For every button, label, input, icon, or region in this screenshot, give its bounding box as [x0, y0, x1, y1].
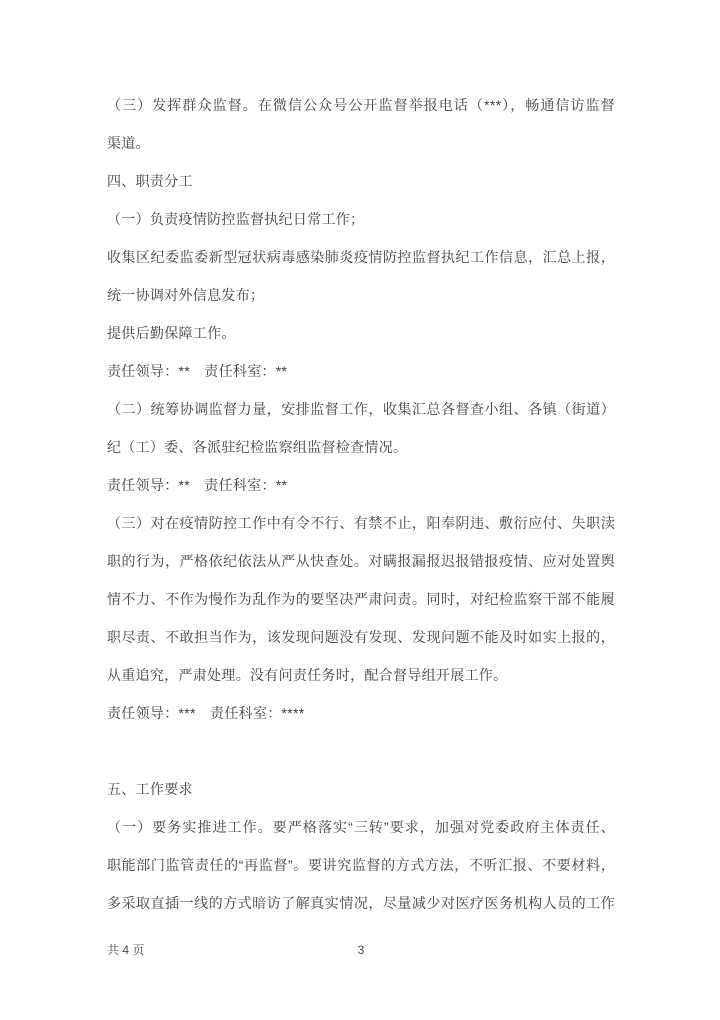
document-line: 统一协调对外信息发布；: [107, 276, 615, 314]
document-line: 情不力、不作为慢作为乱作为的要坚决严肃问责。同时，对纪检监察干部不能履: [107, 580, 615, 618]
document-line: 提供后勤保障工作。: [107, 314, 615, 352]
section-heading-4: 四、职责分工: [107, 162, 615, 200]
document-line: （三）发挥群众监督。在微信公众号公开监督举报电话（***），畅通信访监督: [107, 86, 615, 124]
footer-page-number: 3: [107, 941, 615, 959]
document-line: 多采取直插一线的方式暗访了解真实情况，尽量减少对医疗医务机构人员的工作: [107, 884, 615, 922]
document-body: （三）发挥群众监督。在微信公众号公开监督举报电话（***），畅通信访监督 渠道。…: [107, 86, 615, 922]
document-line: 收集区纪委监委新型冠状病毒感染肺炎疫情防控监督执纪工作信息，汇总上报，: [107, 238, 615, 276]
document-page: （三）发挥群众监督。在微信公众号公开监督举报电话（***），畅通信访监督 渠道。…: [0, 0, 720, 1020]
document-line: 纪（工）委、各派驻纪检监察组监督检查情况。: [107, 428, 615, 466]
document-line: 从重追究，严肃处理。没有问责任务时，配合督导组开展工作。: [107, 656, 615, 694]
document-line: （三）对在疫情防控工作中有令不行、有禁不止，阳奉阴违、敷衍应付、失职渎: [107, 504, 615, 542]
page-footer: 共 4 页 3: [107, 941, 615, 959]
blank-line: [107, 732, 615, 770]
document-line: 职的行为，严格依纪依法从严从快查处。对瞒报漏报迟报错报疫情、应对处置舆: [107, 542, 615, 580]
responsibility-line: 责任领导：** 责任科室：**: [107, 352, 615, 390]
document-line: 职尽责、不敢担当作为，该发现问题没有发现、发现问题不能及时如实上报的，: [107, 618, 615, 656]
responsibility-line: 责任领导：** 责任科室：**: [107, 466, 615, 504]
document-line: （一）负责疫情防控监督执纪日常工作；: [107, 200, 615, 238]
section-heading-5: 五、工作要求: [107, 770, 615, 808]
responsibility-line: 责任领导：*** 责任科室：****: [107, 694, 615, 732]
document-line: （二）统筹协调监督力量，安排监督工作，收集汇总各督查小组、各镇（街道）: [107, 390, 615, 428]
document-line: 职能部门监管责任的“再监督”。要讲究监督的方式方法，不听汇报、不要材料，: [107, 846, 615, 884]
document-line: （一）要务实推进工作。要严格落实“三转”要求，加强对党委政府主体责任、: [107, 808, 615, 846]
document-line: 渠道。: [107, 124, 615, 162]
